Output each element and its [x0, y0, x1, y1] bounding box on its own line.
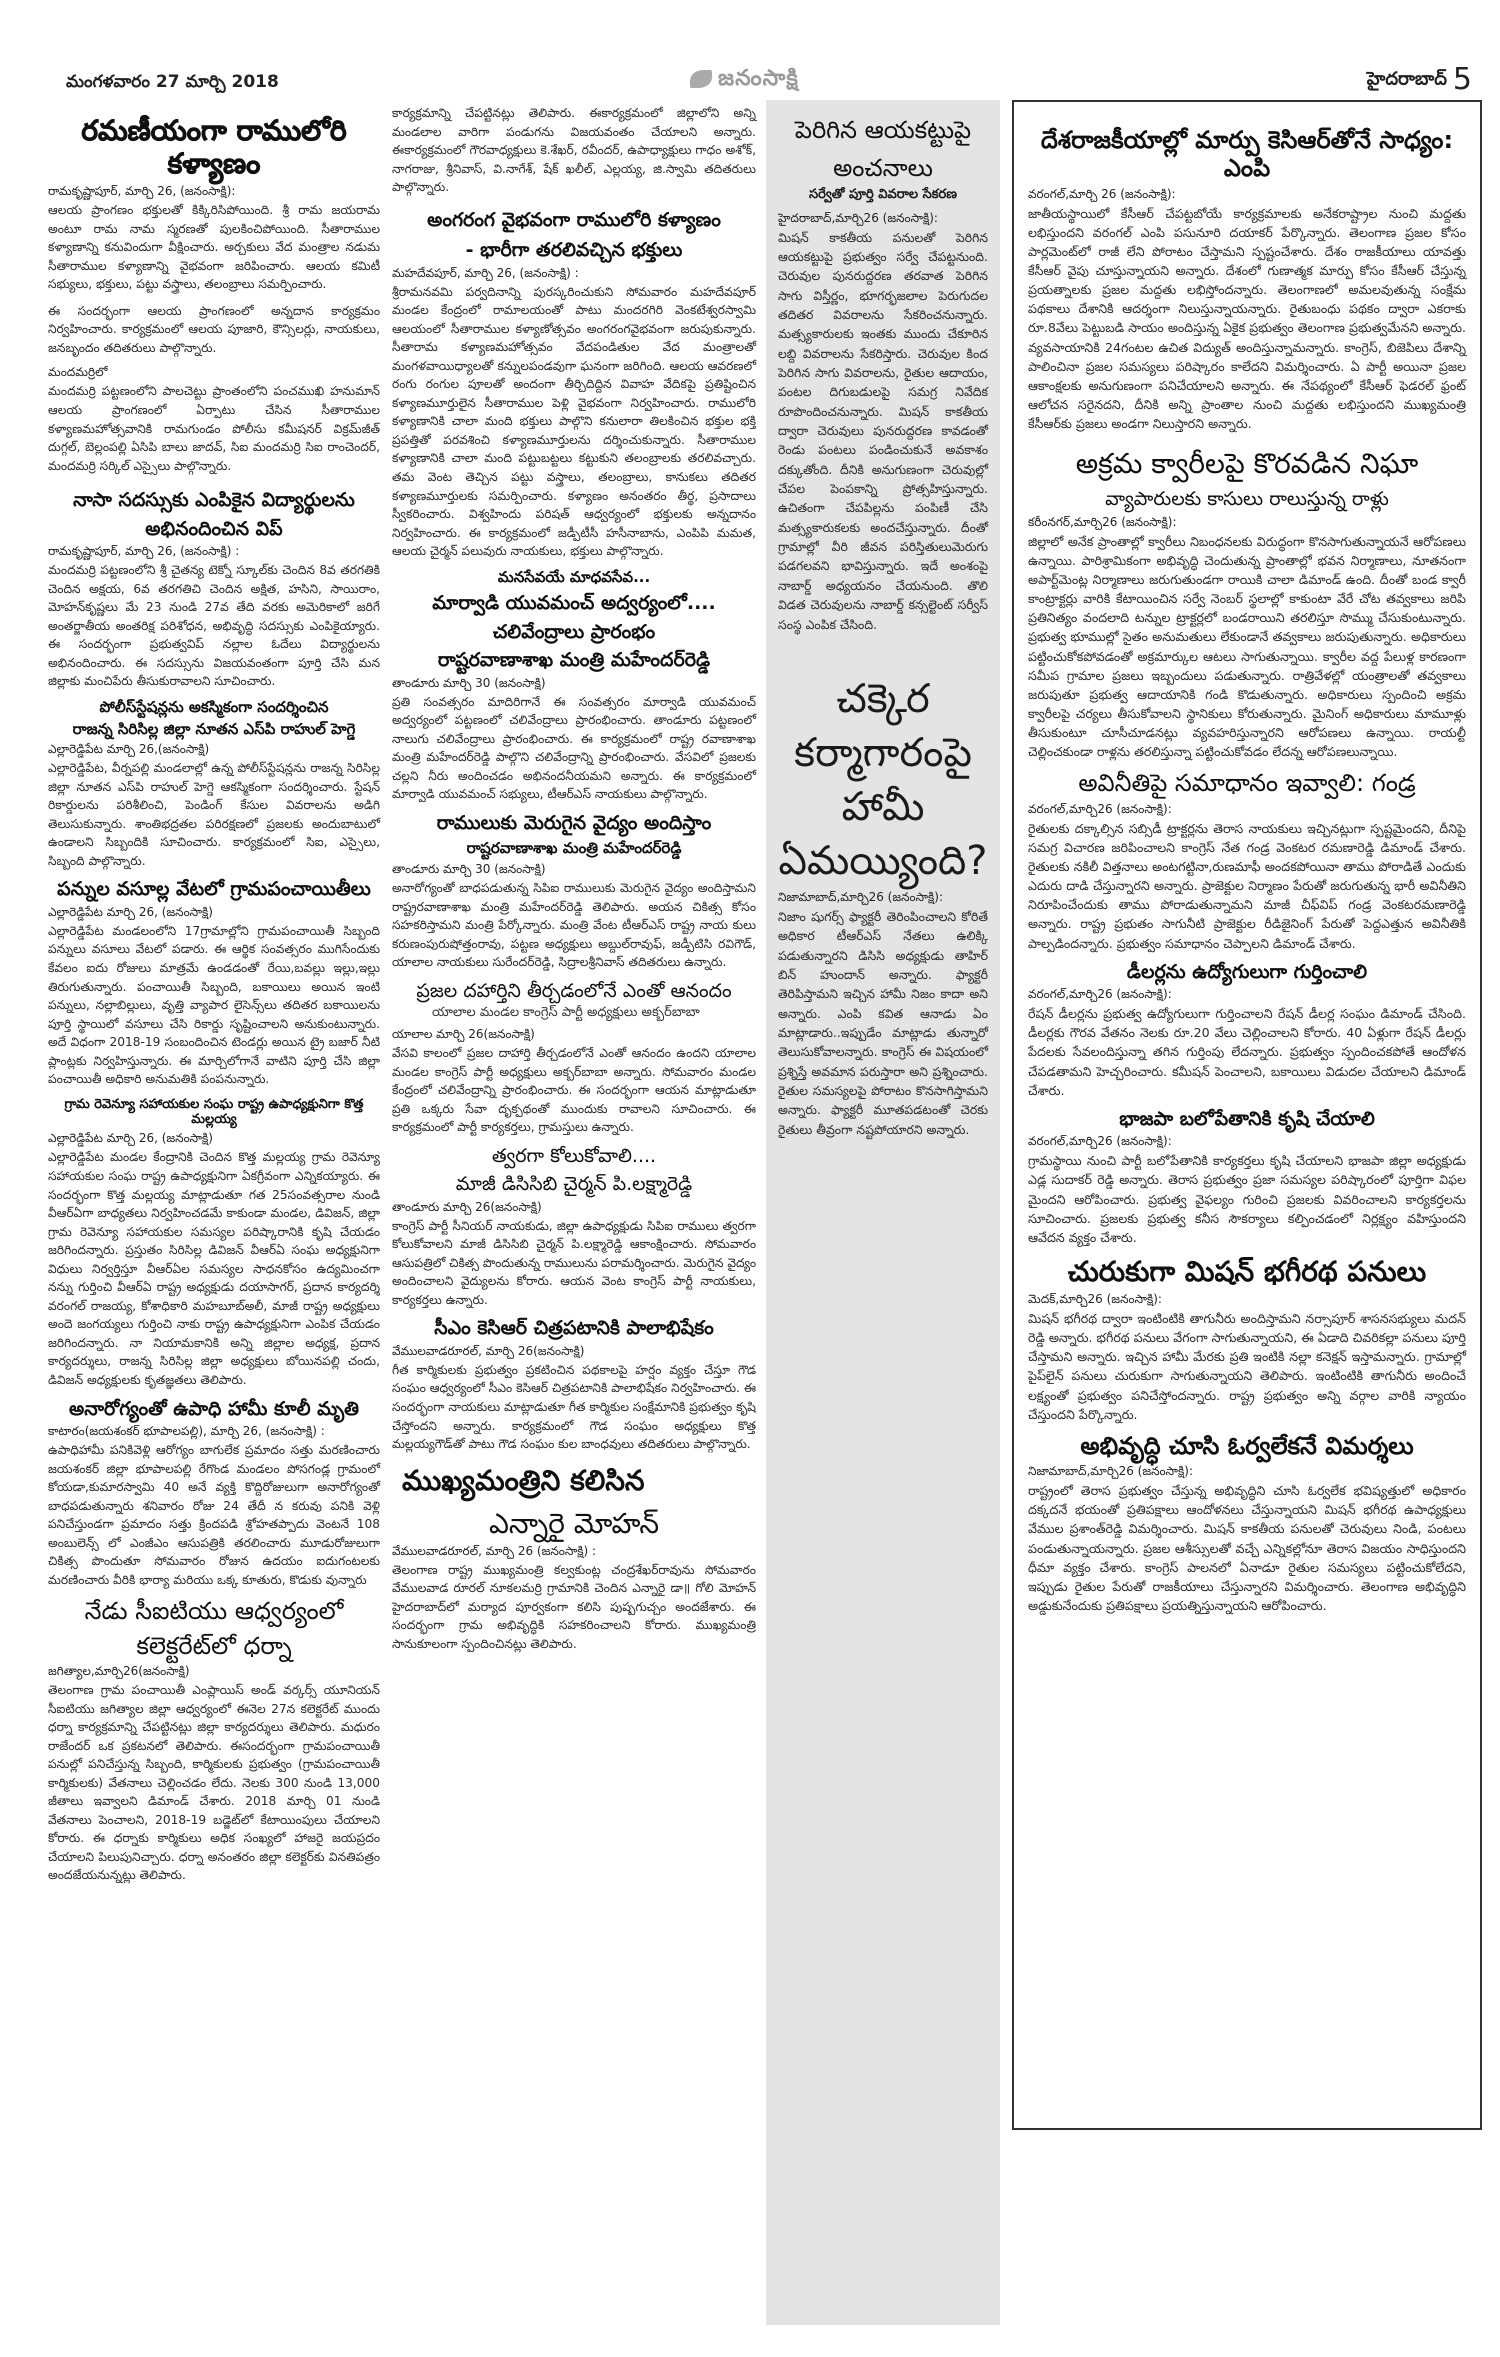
article-body: మందమర్రి పట్టణంలోని శ్రీ చైతన్య టెక్నో స…	[48, 561, 380, 691]
headline: కలెక్టరేట్‌లో ధర్నా	[48, 1632, 380, 1660]
dateline: జగిత్యాల,మార్చి26(జనంసాక్షి)	[48, 1664, 380, 1681]
headline: డీలర్లను ఉద్యోగులుగా గుర్తించాలి	[1028, 961, 1466, 983]
article-body: ఆలయ ప్రాంగణం భక్తులతో కిక్కిరిసిపోయింది.…	[48, 201, 380, 294]
dateline: రామకృష్ణాపూర్, మార్చి 26, (జనంసాక్షి) :	[48, 544, 380, 561]
article-body: అనారోగ్యంతో బాధపడుతున్న సిపిఐ రాములుకు మ…	[392, 879, 756, 972]
article-ration-dealers: డీలర్లను ఉద్యోగులుగా గుర్తించాలి వరంగల్,…	[1028, 961, 1466, 1100]
subheadline: యాలాల మండల కాంగ్రెస్ పార్టీ అధ్యక్షులు అ…	[432, 1005, 756, 1023]
headline: నేడు సీఐటియు ఆధ్వర్యంలో	[48, 1597, 380, 1625]
article-body: వేసవి కాలంలో ప్రజల దాహార్తి తీర్చడంలోనే …	[392, 1044, 756, 1137]
headline: త్వరగా కోలుకోవాలి....	[392, 1145, 756, 1167]
subhead: మందమర్రిలో	[48, 365, 380, 382]
logo-text: జనంసాక్షి	[718, 66, 799, 91]
article-body: రేషన్ డీలర్లను ప్రభుత్వ ఉద్యోగులుగా గుర్…	[1028, 1004, 1466, 1100]
dateline: కాటారం(జయశంకర్ భూపాలపల్లి), మార్చి 26, (…	[48, 1424, 380, 1441]
headline: రాములుకు మెరుగైన వైద్యం అందిస్తాం	[392, 812, 756, 834]
article-sugar-factory: చక్కెర కర్మాగారంపై హామీ ఏమయ్యింది? నిజామ…	[778, 674, 988, 1139]
headline: చలివేంద్రాలు ప్రారంభం	[392, 621, 756, 643]
headline: అక్రమ క్వారీలపై కొరవడిన నిఘా	[1028, 447, 1466, 480]
dateline: వేములవాడరూరల్, మార్చి 26(జనంసాక్షి)	[392, 1344, 756, 1361]
dateline: కరీంనగర్,మార్చి26 (జనంసాక్షి):	[1028, 515, 1466, 532]
article-body: ఎల్లారెడ్డిపేట, వీర్నపల్లి మండలాల్లో ఉన్…	[48, 759, 380, 870]
dateline: హైదరాబాద్,మార్చి26 (జనంసాక్షి):	[778, 211, 988, 228]
page-number: 5	[1453, 62, 1472, 97]
dateline: వరంగల్,మార్చి26 (జనంసాక్షి):	[1028, 802, 1466, 819]
article-body: నిజాం షుగర్స్ ఫ్యాక్టరీ తెరింపించాలని కో…	[778, 907, 988, 1139]
headline: రమణీయంగా రాములోరి కళ్యాణం	[48, 114, 380, 180]
article-body: ఎల్లారెడ్డిపేట మండల కేంద్రానికి చెందిన క…	[48, 1148, 380, 1389]
dateline: ఎల్లారెడ్డిపేట మార్చి 26, (జనంసాక్షి)	[48, 1131, 380, 1148]
dateline: రామకృష్ణాపూర్, మార్చి 26, (జనంసాక్షి):	[48, 184, 380, 201]
headline: మార్వాడి యువమంచ్ అద్వర్యంలో....	[392, 592, 756, 614]
subheadline: వ్యాపారులకు కాసులు రాలుస్తున్న రాళ్లు	[1028, 488, 1466, 510]
headline: చురుకుగా మిషన్ భగీరథ పనులు	[1028, 1255, 1466, 1288]
dateline: వరంగల్,మార్చి26 (జనంసాక్షి):	[1028, 1134, 1466, 1151]
article-body: మందమర్రి పట్టణంలోని పాలచెట్టు ప్రాంతంలోన…	[48, 382, 380, 475]
article-water-relief: ప్రజల దహార్తిని తీర్చడంలోనే ఎంతో ఆనందం య…	[392, 980, 756, 1137]
headline: సీఎం కెసిఆర్ చిత్రపటానికి పాలాభిషేకం	[392, 1317, 756, 1339]
article-body: మిషన్ కాకతీయ పనులతో పెరిగిన ఆయకట్టుపై ప్…	[778, 228, 988, 634]
article-gandra-corruption: అవినీతిపై సమాధానం ఇవ్వాలి: గండ్ర వరంగల్,…	[1028, 769, 1466, 952]
headline: దేశరాజకీయాల్లో మార్పు కెసిఆర్‌తోనే సాధ్య…	[1028, 126, 1466, 183]
article-body: తెలంగాణ రాష్ట్ర ముఖ్యమంత్రి కల్వకుంట్ల చ…	[392, 1561, 756, 1654]
column-4-boxed: దేశరాజకీయాల్లో మార్పు కెసిఆర్‌తోనే సాధ్య…	[1012, 100, 1482, 2130]
dateline: ఎల్లారెడ్డిపేట మార్చి 26, (జనంసాక్షి)	[48, 905, 380, 922]
article-body: ప్రతి సంవత్సరం మాదిరిగానే ఈ సంవత్సరం మార…	[392, 693, 756, 804]
dateline: తాండూరు మార్చి 30 (జనంసాక్షి)	[392, 862, 756, 879]
article-nasa-students: నాసా సదస్సుకు ఎంపికైన విద్యార్థులను అభిన…	[48, 489, 380, 691]
headline: అవినీతిపై సమాధానం ఇవ్వాలి: గండ్ర	[1028, 769, 1466, 797]
article-development-criticism: అభివృద్ధి చూసి ఓర్వలేకనే విమర్శలు నిజామా…	[1028, 1432, 1466, 1615]
dateline: నిజామాబాద్,మార్చి26 (జనంసాక్షి):	[1028, 1464, 1466, 1481]
headline: పన్నుల వసూల్ల వేటలో గ్రామపంచాయితీలు	[48, 878, 380, 900]
article-body: ఉపాధిహామీ పనికివెళ్లి ఆరోగ్యం బాగులేక ప్…	[48, 1441, 380, 1589]
headline: పెరిగిన ఆయకట్టుపై	[778, 116, 988, 144]
article-palabhishekam: సీఎం కెసిఆర్ చిత్రపటానికి పాలాభిషేకం వేమ…	[392, 1317, 756, 1453]
article-body: ఈ సందర్భంగా ఆలయ ప్రాంగణంలో అన్నదాన కార్య…	[48, 302, 380, 358]
dateline: నిజామాబాద్,మార్చి26 (జనంసాక్షి):	[778, 890, 988, 907]
leaf-logo-icon	[690, 70, 712, 88]
article-chalivendram: మనసేవయే మాధవసేవ... మార్వాడి యువమంచ్ అద్వ…	[392, 569, 756, 804]
article-bjp-strengthen: భాజపా బలోపేతానికి కృషి చేయాలి వరంగల్,మార…	[1028, 1108, 1466, 1247]
dateline: యాలాల మార్చి 26(జనంసాక్షి)	[392, 1027, 756, 1044]
headline: అనారోగ్యంతో ఉపాధి హామీ కూలీ మృతి	[48, 1398, 380, 1420]
headline: ఎన్నారై మోహన్	[392, 1507, 756, 1540]
article-mahadevpur-kalyanam: అంగరంగ వైభవంగా రాములోరి కళ్యాణం - భారీగా…	[392, 209, 756, 561]
headline: కర్మాగారంపై	[778, 728, 988, 778]
article-body: కార్యక్రమాన్ని చేపట్టినట్లు తెలిపారు. ఈక…	[392, 104, 756, 197]
headline: చక్కెర	[778, 674, 988, 724]
dateline: మహదేవపూర్, మార్చి 26, (జనంసాక్షి) :	[392, 266, 756, 283]
article-body: రాష్ట్రంలో తెరాస ప్రభుత్వం చేస్తున్న అభి…	[1028, 1481, 1466, 1615]
article-body: రైతులకు దక్కాల్సిన సబ్సిడీ ట్రాక్టర్లను …	[1028, 819, 1466, 953]
article-body: ఎల్లారెడ్డిపేట మండలంలోని 17గ్రామాల్లోని …	[48, 922, 380, 1089]
headline: హామీ	[778, 782, 988, 832]
article-citu-dharna: నేడు సీఐటియు ఆధ్వర్యంలో కలెక్టరేట్‌లో ధర…	[48, 1597, 380, 1885]
city-edition: హైదరాబాద్	[1367, 69, 1447, 90]
page-info: హైదరాబాద్5	[1367, 62, 1472, 97]
headline: ముఖ్యమంత్రిని కలిసిన	[392, 1464, 756, 1497]
article-body: జాతీయస్థాయిలో కేసీఆర్ చేపట్టబోయే కార్యక్…	[1028, 204, 1466, 434]
headline: నాసా సదస్సుకు ఎంపికైన విద్యార్థులను	[48, 489, 380, 511]
article-tax-collection: పన్నుల వసూల్ల వేటలో గ్రామపంచాయితీలు ఎల్ల…	[48, 878, 380, 1088]
dateline: మెదక్,మార్చి26 (జనంసాక్షి):	[1028, 1292, 1466, 1309]
headline: భాజపా బలోపేతానికి కృషి చేయాలి	[1028, 1108, 1466, 1130]
article-nrega-death: అనారోగ్యంతో ఉపాధి హామీ కూలీ మృతి కాటారం(…	[48, 1398, 380, 1590]
headline: మాజీ డిసిసిబి చైర్మన్ పి.లక్ష్మారెడ్డి	[392, 1173, 756, 1195]
headline: అంగరంగ వైభవంగా రాములోరి కళ్యాణం	[392, 209, 756, 231]
column-3-shaded: పెరిగిన ఆయకట్టుపై అంచనాలు సర్వేతో పూర్తి…	[766, 100, 1000, 2325]
headline: పోలీస్‌స్టేషన్లను అకస్మికంగా సందర్శించిన	[48, 699, 380, 717]
article-ramulu-treatment: రాములుకు మెరుగైన వైద్యం అందిస్తాం రాష్టర…	[392, 812, 756, 972]
article-body: గ్రామస్థాయి నుంచి పార్టీ బలోపేతానికి కార…	[1028, 1151, 1466, 1247]
article-body: జిల్లాలో అనేక ప్రాంతాల్లో క్వారీలు నిబంధ…	[1028, 532, 1466, 762]
article-kcr-national: దేశరాజకీయాల్లో మార్పు కెసిఆర్‌తోనే సాధ్య…	[1028, 126, 1466, 433]
issue-date: మంగళవారం 27 మార్చి 2018	[66, 72, 279, 96]
newspaper-logo: జనంసాక్షి	[690, 66, 799, 96]
dateline: తాండూరు మార్చి 26(జనంసాక్షి)	[392, 1200, 756, 1217]
article-body: తెలంగాణ గ్రామ పంచాయితీ ఎంప్లాయిస్ అండ్ వ…	[48, 1681, 380, 1885]
headline: రాష్టరవాణాశాఖ మంత్రి మహేందర్‌రెడ్డి	[392, 840, 756, 858]
dateline: వరంగల్,మార్చి 26 (జనంసాక్షి):	[1028, 187, 1466, 204]
headline: అభినందించిన విప్	[48, 518, 380, 540]
column-1: రమణీయంగా రాములోరి కళ్యాణం రామకృష్ణాపూర్,…	[48, 100, 380, 1893]
headline: అభివృద్ధి చూసి ఓర్వలేకనే విమర్శలు	[1028, 1432, 1466, 1460]
masthead: మంగళవారం 27 మార్చి 2018 జనంసాక్షి హైదరాబ…	[0, 62, 1500, 102]
column-2: కార్యక్రమాన్ని చేపట్టినట్లు తెలిపారు. ఈక…	[392, 100, 756, 1661]
headline: ఏమయ్యింది?	[778, 836, 988, 886]
article-mission-bhagiratha: చురుకుగా మిషన్ భగీరథ పనులు మెదక్,మార్చి2…	[1028, 1255, 1466, 1424]
dateline: వరంగల్,మార్చి26 (జనంసాక్షి):	[1028, 987, 1466, 1004]
article-rama-kalyanam: రమణీయంగా రాములోరి కళ్యాణం రామకృష్ణాపూర్,…	[48, 114, 380, 475]
headline: - భారీగా తరలివచ్చిన భక్తులు	[392, 239, 756, 261]
dateline: వేములవాడరూరల్, మార్చి 26 (జనంసాక్షి) :	[392, 1544, 756, 1561]
article-body: మిషన్ భగీరథ ద్వారా ఇంటింటికి తాగునీరు అం…	[1028, 1309, 1466, 1424]
article-illegal-quarries: అక్రమ క్వారీలపై కొరవడిన నిఘా వ్యాపారులకు…	[1028, 447, 1466, 761]
article-continued: కార్యక్రమాన్ని చేపట్టినట్లు తెలిపారు. ఈక…	[392, 104, 756, 197]
article-recover-soon: త్వరగా కోలుకోవాలి.... మాజీ డిసిసిబి చైర్…	[392, 1145, 756, 1310]
article-body: గీత కార్మికులకు ప్రభుత్వం ప్రకటించిన పథక…	[392, 1361, 756, 1454]
dateline: ఎల్లారెడ్డిపేట మార్చి 26,(జనంసాక్షి)	[48, 742, 380, 759]
article-ayacut-survey: పెరిగిన ఆయకట్టుపై అంచనాలు సర్వేతో పూర్తి…	[778, 116, 988, 634]
headline: అంచనాలు	[778, 154, 988, 182]
article-body: కాంగ్రెస్ పార్టీ సీనియర్ నాయకుడు, జిల్లా…	[392, 1217, 756, 1310]
article-body: శ్రీరామనవమి పర్వదినాన్ని పురస్కరించుకుని…	[392, 283, 756, 561]
headline: మనసేవయే మాధవసేవ...	[392, 569, 756, 587]
subheadline: సర్వేతో పూర్తి వివరాల సేకరణ	[778, 187, 988, 205]
dateline: తాండూరు మార్చి 30 (జనంసాక్షి)	[392, 676, 756, 693]
article-nri-mohan: ముఖ్యమంత్రిని కలిసిన ఎన్నారై మోహన్ వేముల…	[392, 1464, 756, 1654]
headline: రాష్టరవాణాశాఖ మంత్రి మహేందర్‌రెడ్డి	[392, 649, 756, 671]
headline: ప్రజల దహార్తిని తీర్చడంలోనే ఎంతో ఆనందం	[392, 980, 756, 1002]
article-vra-union: గ్రామ రెవెన్యూ సహాయకుల సంఘ రాష్ట్ర ఉపాధ్…	[48, 1097, 380, 1390]
headline: రాజన్న సిరిసిల్ల జిల్లా నూతన ఎస్‌పి రాహు…	[48, 721, 380, 739]
article-sp-visit: పోలీస్‌స్టేషన్లను అకస్మికంగా సందర్శించిన…	[48, 699, 380, 871]
headline: గ్రామ రెవెన్యూ సహాయకుల సంఘ రాష్ట్ర ఉపాధ్…	[48, 1097, 380, 1128]
